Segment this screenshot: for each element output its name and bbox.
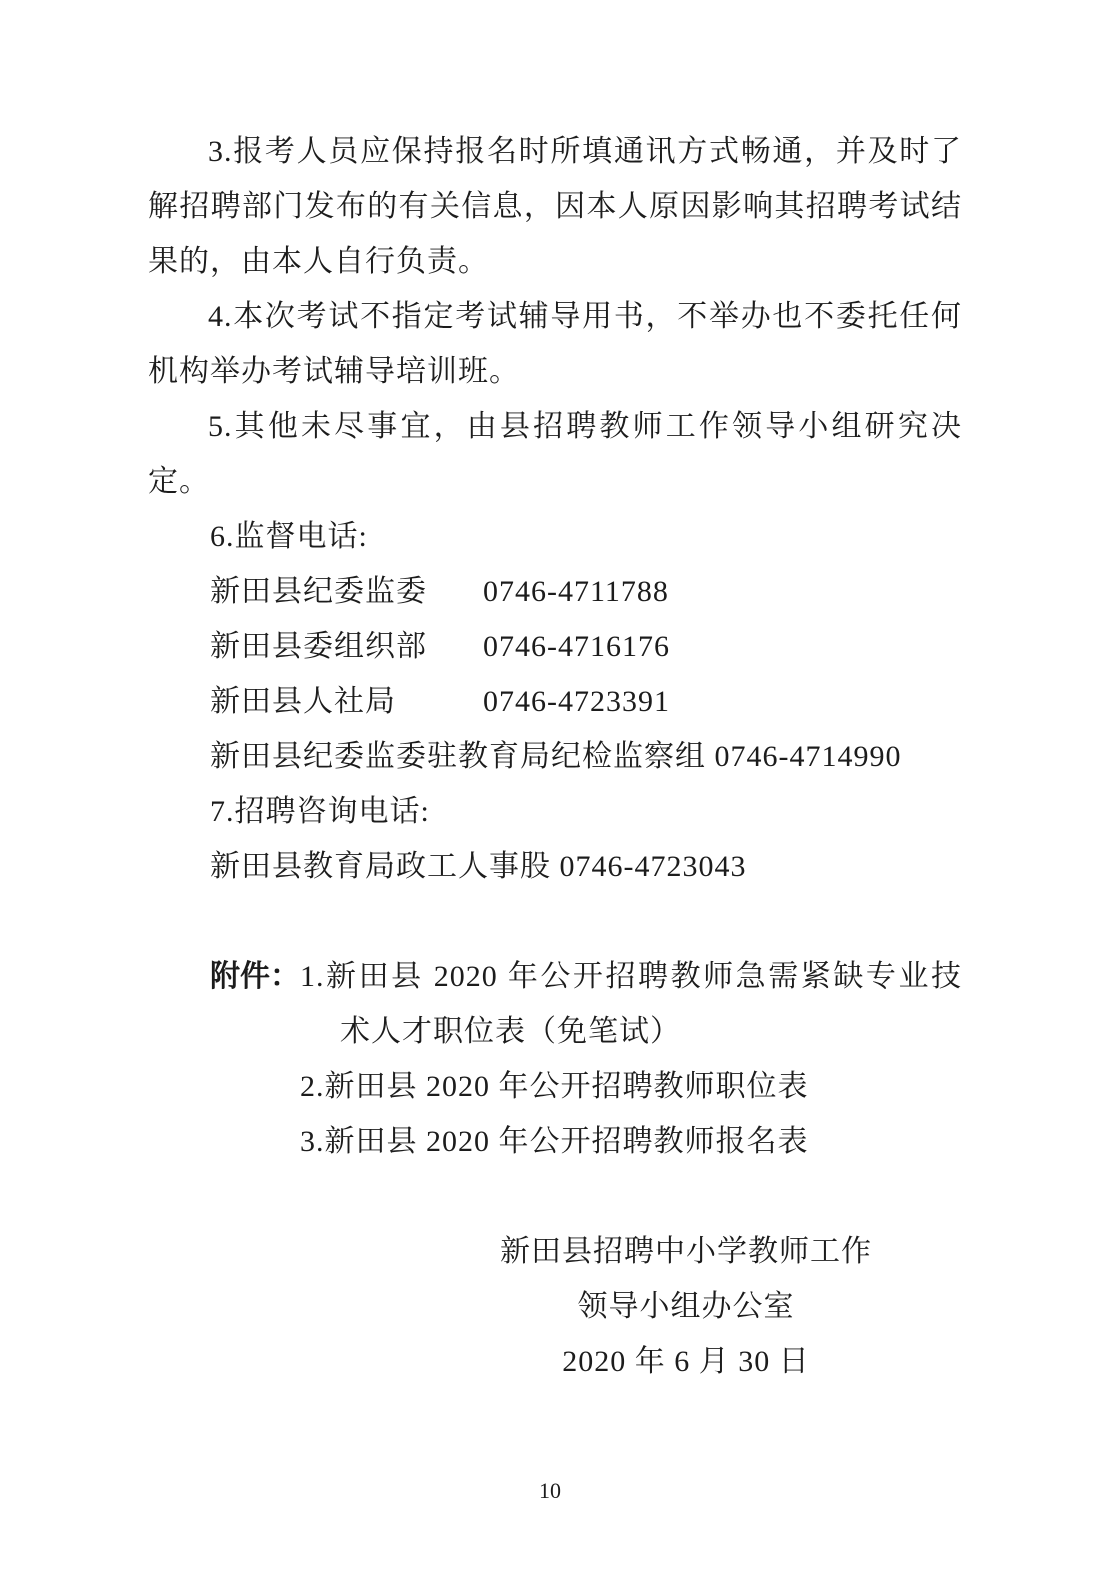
paragraph-3-line-2: 解招聘部门发布的有关信息，因本人原因影响其招聘考试结 <box>148 179 962 234</box>
phone-org-number: 0746-4711788 <box>483 564 669 619</box>
phone-org-number: 0746-4716176 <box>483 619 670 674</box>
attachments-list: 1.新田县 2020 年公开招聘教师急需紧缺专业技 术人才职位表（免笔试） 2.… <box>300 949 962 1169</box>
paragraph-5-line-1: 5.其他未尽事宜，由县招聘教师工作领导小组研究决 <box>148 399 962 454</box>
document-body: 3.报考人员应保持报名时所填通讯方式畅通，并及时了 解招聘部门发布的有关信息，因… <box>148 124 962 1389</box>
attachment-item-3: 3.新田县 2020 年公开招聘教师报名表 <box>300 1114 962 1169</box>
paragraph-3-line-1: 3.报考人员应保持报名时所填通讯方式畅通，并及时了 <box>148 124 962 179</box>
paragraph-4-line-1: 4.本次考试不指定考试辅导用书，不举办也不委托任何 <box>148 289 962 344</box>
signature-org-line-2: 领导小组办公室 <box>497 1279 875 1334</box>
paragraph-5-line-2: 定。 <box>148 454 962 509</box>
spacer <box>148 1169 962 1224</box>
consult-phone-heading: 7.招聘咨询电话: <box>148 784 962 839</box>
paragraph-4-line-2: 机构举办考试辅导培训班。 <box>148 344 962 399</box>
attachment-item-1-line-1: 1.新田县 2020 年公开招聘教师急需紧缺专业技 <box>300 949 962 1004</box>
attachment-item-2: 2.新田县 2020 年公开招聘教师职位表 <box>300 1059 962 1114</box>
signature-org-line-1: 新田县招聘中小学教师工作 <box>497 1224 875 1279</box>
page-footer: 10 <box>0 1476 1100 1506</box>
consult-phone-entry: 新田县教育局政工人事股 0746-4723043 <box>148 839 962 894</box>
phone-row-jiwei: 新田县纪委监委 0746-4711788 <box>148 564 962 619</box>
phone-row-zuzhibu: 新田县委组织部 0746-4716176 <box>148 619 962 674</box>
phone-org-name: 新田县委组织部 <box>210 619 483 674</box>
spacer <box>148 894 962 949</box>
document-page: 3.报考人员应保持报名时所填通讯方式畅通，并及时了 解招聘部门发布的有关信息，因… <box>0 0 1100 1595</box>
attachments-label: 附件： <box>210 949 300 1004</box>
signature-block: 新田县招聘中小学教师工作 领导小组办公室 2020 年 6 月 30 日 <box>497 1224 875 1389</box>
attachment-item-1-line-2: 术人才职位表（免笔试） <box>300 1004 962 1059</box>
paragraph-3-line-3: 果的，由本人自行负责。 <box>148 234 962 289</box>
phone-row-jijian-group: 新田县纪委监委驻教育局纪检监察组 0746-4714990 <box>148 729 962 784</box>
phone-row-renshiju: 新田县人社局 0746-4723391 <box>148 674 962 729</box>
attachments-block: 附件： 1.新田县 2020 年公开招聘教师急需紧缺专业技 术人才职位表（免笔试… <box>148 949 962 1169</box>
phone-org-name: 新田县纪委监委 <box>210 564 483 619</box>
phone-org-number: 0746-4723391 <box>483 674 670 729</box>
signature-date: 2020 年 6 月 30 日 <box>497 1334 875 1389</box>
supervision-phone-heading: 6.监督电话: <box>148 509 962 564</box>
phone-org-name: 新田县人社局 <box>210 674 483 729</box>
page-number: 10 <box>539 1478 561 1503</box>
